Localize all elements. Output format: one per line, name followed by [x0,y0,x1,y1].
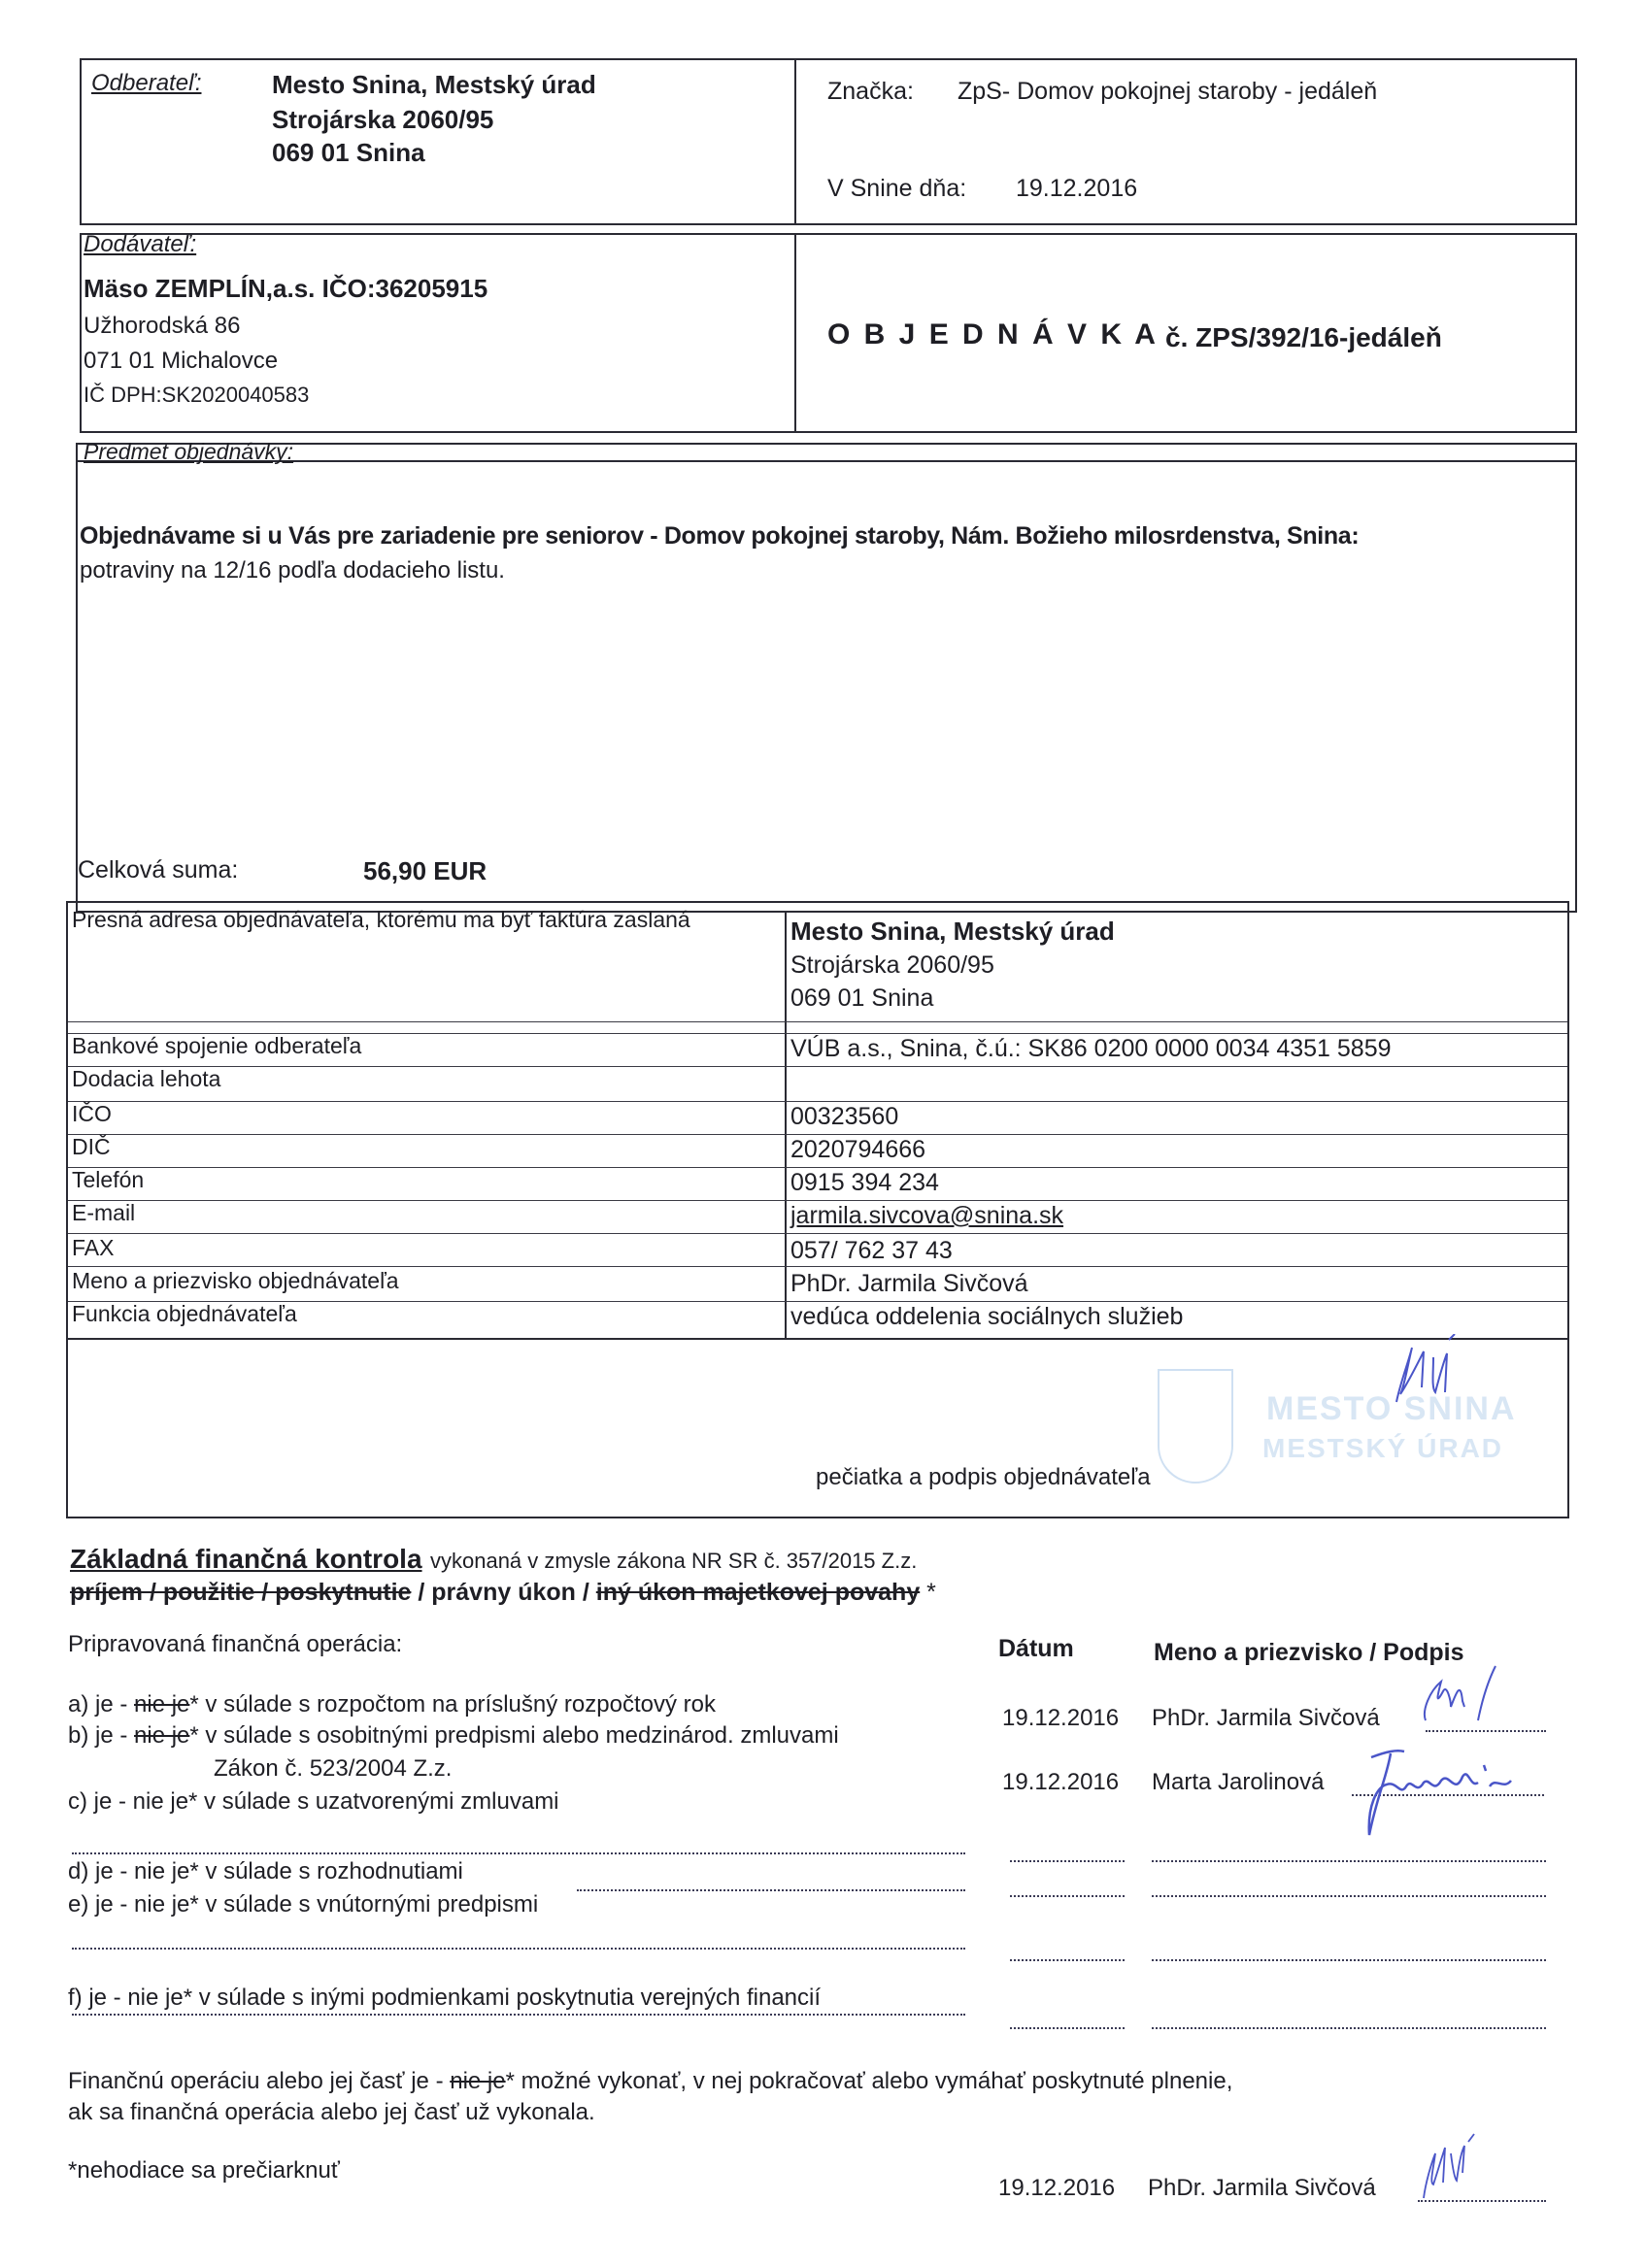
dotline-e-name [1152,1959,1546,1961]
control-item: c) je - nie je* v súlade s uzatvorenými … [68,1788,559,1816]
final-name: PhDr. Jarmila Sivčová [1148,2175,1376,2202]
dotline-c-name [1152,1860,1546,1862]
row-divider [68,1134,1567,1135]
final-date: 19.12.2016 [998,2175,1115,2202]
detail-value: 0915 394 234 [790,1169,939,1197]
detail-value: VÚB a.s., Snina, č.ú.: SK86 0200 0000 00… [790,1035,1392,1063]
subject-top-line [76,460,1577,462]
details-divider [785,913,787,1338]
item-text: * v súlade s vnútornými predpismi [189,1891,538,1918]
control-title: Základná finančná kontrola [70,1544,422,1574]
type-struck-1: príjem / použitie / poskytnutie [70,1579,411,1606]
type-active: právny úkon [431,1579,576,1606]
item-text: * v súlade s inými podmienkami poskytnut… [184,1984,821,2011]
control-type-line: príjem / použitie / poskytnutie / právny… [70,1579,936,1607]
type-sep-2: / [576,1579,596,1606]
total-label: Celková suma: [78,856,238,884]
row-divider [68,1266,1567,1267]
date-value: 19.12.2016 [1016,175,1137,203]
subject-box [76,443,1577,913]
signer-2-name: Marta Jarolinová [1152,1769,1324,1796]
signer-1-name: PhDr. Jarmila Sivčová [1152,1705,1380,1732]
signer-2-date: 19.12.2016 [1002,1769,1119,1796]
details-bottom-line [66,1338,1569,1340]
detail-label: Bankové spojenie odberateľa [72,1033,361,1059]
final-struck: nie je [450,2068,505,2094]
type-sep-1: / [411,1579,431,1606]
item-prefix: e) je - nie je [68,1891,189,1918]
row-divider [68,1066,1567,1067]
row-divider [68,1200,1567,1201]
control-title-suffix: vykonaná v zmysle zákona NR SR č. 357/20… [430,1549,917,1573]
item-prefix: c) je - nie je [68,1788,188,1815]
detail-label: DIČ [72,1134,111,1160]
detail-value: vedúca oddelenia sociálnych služieb [790,1303,1183,1331]
signature-final-icon [1412,2124,1490,2202]
dotline-e-desc [72,1948,965,1950]
order-number: č. ZPS/392/16-jedáleň [1165,322,1442,353]
detail-label: Telefón [72,1167,144,1193]
type-struck-2: iný úkon majetkovej povahy [596,1579,920,1606]
type-star: * [920,1579,936,1606]
stamp-shield [1158,1369,1233,1484]
control-item: Zákon č. 523/2004 Z.z. [214,1755,452,1783]
final-statement: Finančnú operáciu alebo jej časť je - ni… [68,2068,1232,2095]
customer-street: Strojárska 2060/95 [272,105,493,135]
row-divider [68,1101,1567,1102]
col-date-header: Dátum [998,1635,1074,1663]
dotline-d-date [1010,1895,1125,1897]
dotline-e-date [1010,1959,1125,1961]
item-struck: nie je [134,1722,189,1749]
item-prefix: b) je - [68,1722,134,1749]
stamp-text-2: MESTSKÝ ÚRAD [1262,1433,1503,1464]
invoice-address-label: Presná adresa objednávateľa, ktorému ma … [72,907,690,933]
control-item: e) je - nie je* v súlade s vnútornými pr… [68,1891,538,1918]
detail-value: 057/ 762 37 43 [790,1237,953,1265]
signature-1-icon [1418,1662,1525,1730]
row-divider [68,1167,1567,1168]
item-text: * v súlade s rozpočtom na príslušný rozp… [189,1691,716,1718]
invoice-name: Mesto Snina, Mestský úrad [790,917,1115,947]
dotline-f-name [1152,2027,1546,2029]
invoice-city: 069 01 Snina [790,984,933,1013]
dotline-f-desc [72,2014,965,2016]
dotline-d-name [1152,1895,1546,1897]
final-prefix: Finančnú operáciu alebo jej časť je - [68,2068,450,2094]
item-prefix: f) je - nie je [68,1984,184,2011]
detail-value: 2020794666 [790,1136,925,1164]
customer-name: Mesto Snina, Mestský úrad [272,70,596,100]
signature-2-icon [1348,1738,1542,1845]
signer-1-sign-line [1426,1730,1546,1732]
detail-label: E-mail [72,1200,135,1226]
dotline-c-date [1010,1860,1125,1862]
control-item: f) je - nie je* v súlade s inými podmien… [68,1984,821,2012]
signer-1-date: 19.12.2016 [1002,1705,1119,1732]
row-divider [68,1233,1567,1234]
item-text: * v súlade s rozhodnutiami [189,1858,462,1884]
invoice-street: Strojárska 2060/95 [790,951,994,980]
mark-label: Značka: [827,78,914,106]
item-text: Zákon č. 523/2004 Z.z. [214,1755,452,1782]
header-divider [794,58,796,225]
item-prefix: a) je - [68,1691,134,1718]
supplier-divider [794,233,796,433]
detail-value[interactable]: jarmila.sivcova@snina.sk [790,1202,1063,1230]
supplier-vat: IČ DPH:SK2020040583 [84,383,309,408]
item-text: * v súlade s osobitnými predpismi alebo … [189,1722,838,1749]
control-title-line: Základná finančná kontrola vykonaná v zm… [70,1544,917,1575]
subject-label: Predmet objednávky: [84,439,293,465]
customer-city: 069 01 Snina [272,138,425,168]
operation-label: Pripravovaná finančná operácia: [68,1631,402,1658]
stamp-caption: pečiatka a podpis objednávateľa [816,1464,1151,1491]
supplier-street: Užhorodská 86 [84,313,240,340]
supplier-label: Dodávateľ: [84,231,196,258]
row-divider [68,1021,1567,1022]
subject-heading: Objednávame si u Vás pre zariadenie pre … [80,522,1359,550]
signature-icon [1379,1334,1486,1421]
detail-label: Meno a priezvisko objednávateľa [72,1268,399,1294]
item-struck: nie je [134,1691,189,1718]
supplier-name: Mäso ZEMPLÍN,a.s. IČO:36205915 [84,274,487,304]
footnote: *nehodiace sa prečiarknuť [68,2157,340,2185]
control-item: d) je - nie je* v súlade s rozhodnutiami [68,1858,463,1885]
customer-label: Odberateľ: [91,70,201,97]
total-value: 56,90 EUR [363,856,487,886]
control-item: b) je - nie je* v súlade s osobitnými pr… [68,1722,839,1750]
subject-text: potraviny na 12/16 podľa dodacieho listu… [80,557,505,584]
supplier-city: 071 01 Michalovce [84,348,278,375]
mark-value: ZpS- Domov pokojnej staroby - jedáleň [958,78,1377,106]
detail-label: Dodacia lehota [72,1066,220,1092]
detail-value: PhDr. Jarmila Sivčová [790,1270,1028,1298]
detail-label: Funkcia objednávateľa [72,1301,297,1327]
final-statement-2: ak sa finančná operácia alebo jej časť u… [68,2099,595,2126]
item-prefix: d) je - nie je [68,1858,189,1884]
final-text: * možné vykonať, v nej pokračovať alebo … [506,2068,1233,2094]
dotline-d-desc [577,1889,965,1891]
detail-label: IČO [72,1101,112,1127]
dotline-c-desc [72,1852,965,1854]
item-text: * v súlade s uzatvorenými zmluvami [188,1788,558,1815]
order-title: O B J E D N Á V K A [827,318,1159,351]
control-item: a) je - nie je* v súlade s rozpočtom na … [68,1691,716,1718]
detail-label: FAX [72,1235,114,1261]
detail-value: 00323560 [790,1103,898,1131]
date-label: V Snine dňa: [827,175,966,203]
dotline-f-date [1010,2027,1125,2029]
